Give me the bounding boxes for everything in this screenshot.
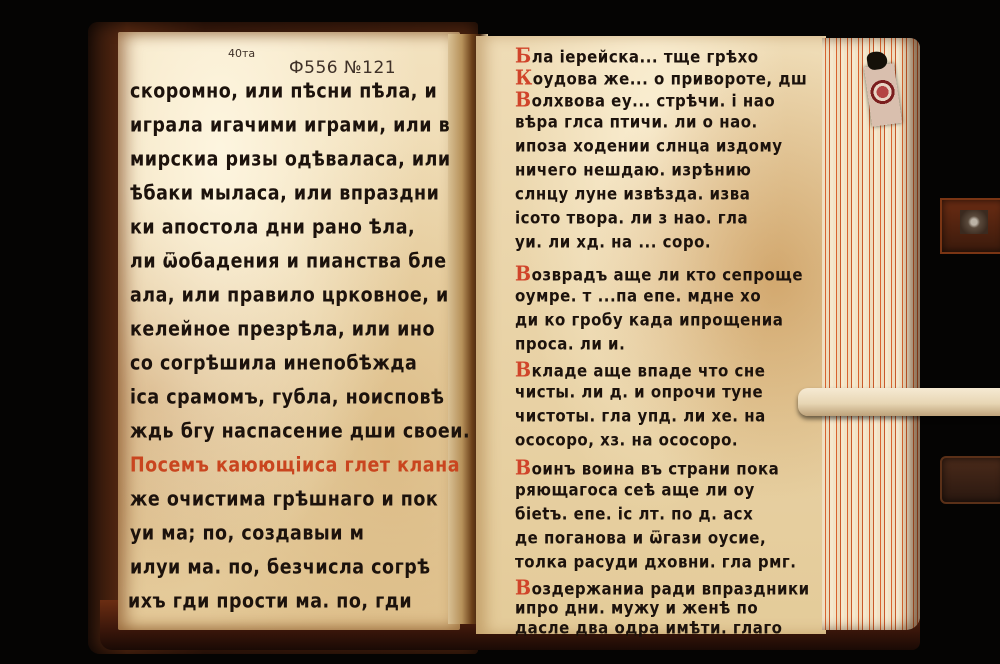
fore-edge	[822, 38, 920, 630]
text-line: чистоты. гла упд. ли хе. на	[515, 406, 766, 426]
text-line: ѣбаки мылаcа, или впраздни	[130, 182, 439, 205]
text-line: ряющагоса сеѣ аще ли оу	[515, 480, 755, 500]
rubric-line: Посемъ каюющіиса глет клана	[130, 454, 460, 477]
text-line: озврадъ аще ли кто сепроще	[532, 265, 803, 285]
text-line: ди ко гробу када ипрощениа	[515, 310, 783, 330]
text-line: ісото твора. ли з нао. гла	[515, 208, 748, 228]
text-line: олхвова еу... стрѣчи. і нао	[532, 91, 776, 111]
text-line: ососоро, хз. на ососоро.	[515, 430, 738, 450]
text-line: кладе аще впаде что сне	[532, 361, 766, 381]
manuscript-photo: 40та Ф556 №121 скоромно, или пѣсни пѣла,…	[0, 0, 1000, 664]
text-line: бietъ. епе. іс лт. по д. асх	[515, 504, 753, 524]
red-initial: В	[515, 576, 532, 600]
text-line: играла игачими играми, или в	[130, 114, 450, 137]
red-initial: В	[515, 358, 532, 382]
text-line: іса срамомъ, губла, ноисповѣ	[130, 386, 444, 409]
text-line: скоромно, или пѣсни пѣла, и	[130, 80, 437, 103]
text-line: оинъ воина въ страни пока	[532, 459, 780, 479]
text-line: оудова же... о привороте, дш	[533, 69, 808, 89]
text-line: ки апостола дни рано ѣла,	[130, 216, 415, 239]
text-line: илуи ма. по, безчисла согрѣ	[130, 556, 431, 579]
text-line: проса. ли и.	[515, 334, 625, 354]
text-line: оумре. т ...па епе. мдне хо	[515, 286, 761, 306]
text-line: ипро дни. мужу и женѣ по	[515, 598, 758, 618]
red-initial: Б	[515, 44, 532, 68]
text-line: дасле два одра имѣти. глаго	[515, 618, 782, 638]
text-line: ли ѿобадения и пианства бле	[130, 250, 447, 273]
text-line: ала, или правило црковное, и	[130, 284, 449, 307]
red-initial: В	[515, 88, 532, 112]
upper-clasp	[940, 198, 1000, 254]
text-line: келейное презрѣла, или ино	[130, 318, 435, 341]
text-line: ничего нешдаю. изрѣнию	[515, 160, 751, 180]
text-line: оздержаниа ради впраздники	[532, 579, 810, 599]
red-initial: В	[515, 262, 532, 286]
red-initial: К	[515, 66, 533, 90]
text-line: уи. ли хд. на ... соро.	[515, 232, 711, 252]
shelfmark: Ф556 №121	[289, 58, 396, 78]
lower-clasp	[940, 456, 1000, 504]
text-line: уи ма; по, создавыи м	[130, 522, 364, 545]
pointer-stick	[798, 388, 1000, 416]
text-line: же очистима грѣшнаго и пок	[130, 488, 438, 511]
text-line: вѣра глса птичи. ли о нао.	[515, 112, 758, 132]
text-line: ипоза ходении слнца издому	[515, 136, 783, 156]
text-line: ждь бгу наспасение дши своеи.	[130, 420, 470, 443]
text-line: де поганова и ѿгази оусие,	[515, 528, 766, 548]
text-line: со согрѣшила инепобѣжда	[130, 352, 417, 375]
text-line: ихъ гди прости ма. по, гди	[128, 590, 412, 613]
text-line: слнцу луне извѣзда. изва	[515, 184, 750, 204]
red-initial: В	[515, 456, 532, 480]
folio-mark: 40та	[228, 47, 255, 60]
text-line: толка расуди дховни. гла рмг.	[515, 552, 796, 572]
text-line: мирскиа ризы одѣваласа, или	[130, 148, 451, 171]
text-line: ла іерейска... тще грѣхо	[532, 47, 759, 67]
text-line: чисты. ли д. и опрочи тунe	[515, 382, 763, 402]
